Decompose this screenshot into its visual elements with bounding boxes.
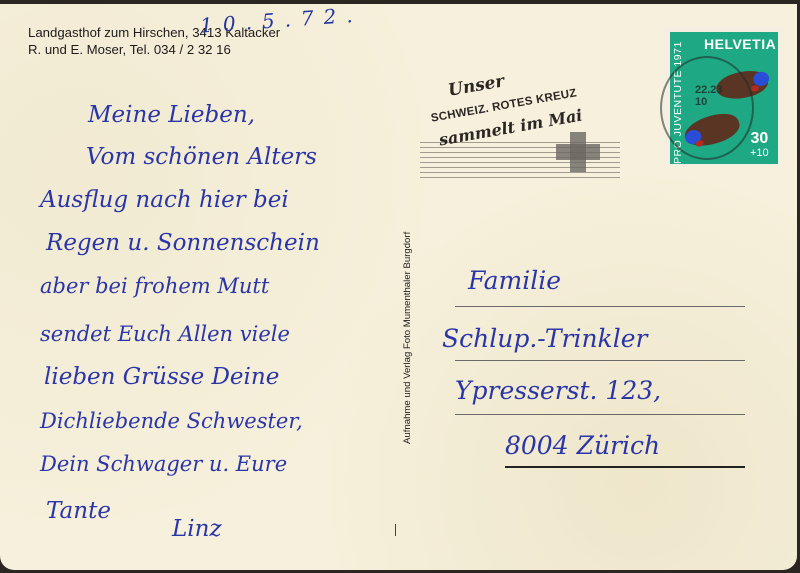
stamp-value-main: 30 xyxy=(750,130,768,147)
address-rule xyxy=(455,360,745,361)
address-line: Schlup.-Trinkler xyxy=(442,324,647,353)
sender-header-line2: R. und E. Moser, Tel. 034 / 2 32 16 xyxy=(28,41,280,58)
postmark-time: 22.23 xyxy=(695,84,723,96)
message-line: aber bei frohem Mutt xyxy=(40,274,269,298)
message-line: Regen u. Sonnenschein xyxy=(46,230,320,256)
center-divider xyxy=(395,524,396,536)
red-cross-slogan-postmark: Unser SCHWEIZ. ROTES KREUZ sammelt im Ma… xyxy=(428,74,598,184)
slogan-line1: Unser xyxy=(447,71,506,101)
message-line: Dein Schwager u. Eure xyxy=(40,452,287,476)
message-line: Dichliebende Schwester, xyxy=(40,409,303,433)
stamp-value: 30 +10 xyxy=(750,132,769,160)
stamp-surcharge: +10 xyxy=(750,146,769,160)
handwritten-date: 10.5.72. xyxy=(199,2,363,37)
message-line: lieben Grüsse Deine xyxy=(44,364,279,390)
message-line: sendet Euch Allen viele xyxy=(40,322,290,346)
photo-credit: Aufnahme und Verlag Foto Mumenthaler Bur… xyxy=(402,232,413,444)
postmark-day: 10 xyxy=(695,96,723,108)
stamp-country: HELVETIA xyxy=(704,36,776,52)
address-line: Familie xyxy=(468,266,561,295)
message-line: Tante xyxy=(46,498,111,524)
red-cross-icon xyxy=(556,132,600,172)
address-line: Ypresserst. 123, xyxy=(455,376,661,405)
message-line: Vom schönen Alters xyxy=(86,144,317,170)
round-postmark xyxy=(660,56,754,160)
address-rule xyxy=(455,414,745,415)
message-line: Meine Lieben, xyxy=(88,102,255,128)
address-line: 8004 Zürich xyxy=(505,431,660,460)
address-rule-underline xyxy=(505,466,745,468)
postcard: Landgasthof zum Hirschen, 3413 Kaltacker… xyxy=(0,4,797,570)
message-line: Ausflug nach hier bei xyxy=(40,187,289,213)
signature: Linz xyxy=(172,516,222,542)
postmark-date: 22.23 10 xyxy=(695,84,723,108)
address-rule xyxy=(455,306,745,307)
